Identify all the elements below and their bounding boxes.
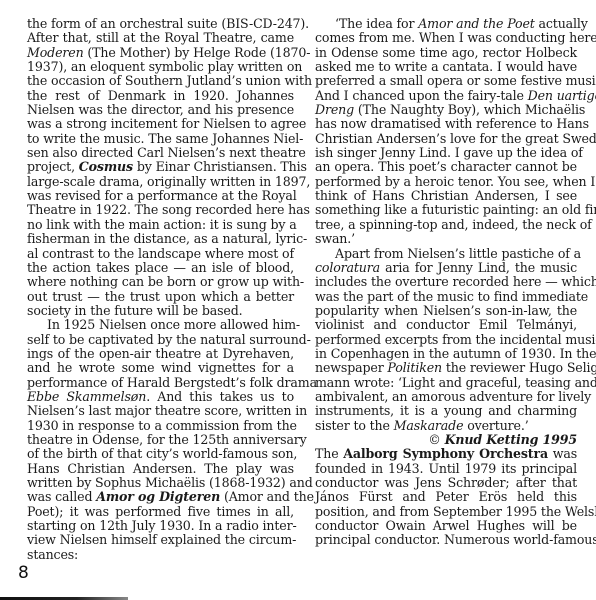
- text-line: and he wrote some wind vignettes for a: [27, 361, 294, 375]
- italic-title: Politiken: [387, 360, 442, 375]
- text-line: performed by a heroic tenor. You see, wh…: [315, 175, 577, 189]
- text-line: of the birth of that city’s world-famous…: [27, 447, 294, 461]
- italic-title: Maskarade: [394, 418, 464, 433]
- text-line: fisherman in the distance, as a natural,…: [27, 232, 294, 246]
- text-line: performed excerpts from the incidental m…: [315, 333, 577, 347]
- text-line: mann wrote: ‘Light and graceful, teasing…: [315, 376, 577, 390]
- text-line: something like a futuristic painting: an…: [315, 203, 577, 217]
- text-line: Apart from Nielsen’s little pastiche of …: [315, 247, 577, 261]
- text-line: sen also directed Carl Nielsen’s next th…: [27, 146, 294, 160]
- text-line: performance of Harald Bergstedt’s folk d…: [27, 376, 294, 390]
- text-line: starting on 12th July 1930. In a radio i…: [27, 519, 294, 533]
- left-text-column: the form of an orchestral suite (BIS-CD-…: [27, 17, 294, 562]
- text-line: out trust — the trust upon which a bette…: [27, 290, 294, 304]
- text-line: al contrast to the landscape where most …: [27, 247, 294, 261]
- text-line: has now dramatised with reference to Han…: [315, 117, 577, 131]
- italic-title: coloratura: [315, 260, 380, 275]
- text-line: written by Sophus Michaëlis (1868-1932) …: [27, 476, 294, 490]
- text-line: In 1925 Nielsen once more allowed him-: [27, 318, 294, 332]
- text-line: sister to the Maskarade overture.’: [315, 419, 577, 433]
- text-line: Nielsen’s last major theatre score, writ…: [27, 404, 294, 418]
- text-line: the action takes place — an isle of bloo…: [27, 261, 294, 275]
- text-line: in Copenhagen in the autumn of 1930. In …: [315, 347, 577, 361]
- text-line: project, Cosmus by Einar Christiansen. T…: [27, 160, 294, 174]
- text-line: theatre in Odense, for the 125th anniver…: [27, 433, 294, 447]
- right-text-column: ‘The idea for Amor and the Poet actually…: [315, 17, 577, 548]
- page-number: 8: [18, 563, 29, 583]
- text-line: popularity when Nielsen’s son-in-law, th…: [315, 304, 577, 318]
- text-line: © Knud Ketting 1995: [315, 433, 577, 447]
- italic-title: Amor and the Poet: [418, 16, 534, 31]
- text-line: was the part of the music to find immedi…: [315, 290, 577, 304]
- text-line: Moderen (The Mother) by Helge Rode (1870…: [27, 46, 294, 60]
- booklet-page: the form of an orchestral suite (BIS-CD-…: [0, 0, 596, 600]
- text-line: After that, still at the Royal Theatre, …: [27, 31, 294, 45]
- text-line: to write the music. The same Johannes Ni…: [27, 132, 294, 146]
- text-line: coloratura aria for Jenny Lind, the musi…: [315, 261, 577, 275]
- text-line: conductor was Jens Schrøder; after that: [315, 476, 577, 490]
- text-line: ambivalent, an amorous adventure for liv…: [315, 390, 577, 404]
- text-line: preferred a small opera or some festive …: [315, 74, 577, 88]
- text-line: was revised for a performance at the Roy…: [27, 189, 294, 203]
- text-line: And I chanced upon the fairy-tale Den ua…: [315, 89, 577, 103]
- text-line: swan.’: [315, 232, 577, 246]
- text-line: Hans Christian Andersen. The play was: [27, 462, 294, 476]
- text-line: an opera. This poet’s character cannot b…: [315, 160, 577, 174]
- text-line: 1930 in response to a commission from th…: [27, 419, 294, 433]
- text-line: think of Hans Christian Andersen, I see: [315, 189, 577, 203]
- text-line: was a strong incitement for Nielsen to a…: [27, 117, 294, 131]
- text-line: ish singer Jenny Lind. I gave up the ide…: [315, 146, 577, 160]
- text-line: where nothing can be born or grow up wit…: [27, 275, 294, 289]
- text-line: in Odense some time ago, rector Holbeck: [315, 46, 577, 60]
- text-line: position, and from September 1995 the We…: [315, 505, 577, 519]
- text-line: Ebbe Skammelsøn. And this takes us to: [27, 390, 294, 404]
- text-line: János Fürst and Peter Erös held this: [315, 490, 577, 504]
- text-line: Christian Andersen’s love for the great …: [315, 132, 577, 146]
- text-line: the occasion of Southern Jutland’s union…: [27, 74, 294, 88]
- text-line: founded in 1943. Until 1979 its principa…: [315, 462, 577, 476]
- text-line: ings of the open-air theatre at Dyrehave…: [27, 347, 294, 361]
- text-line: Nielsen was the director, and his presen…: [27, 103, 294, 117]
- bold-emphasis: Knud Ketting 1995: [445, 432, 577, 447]
- text-line: tree, a spinning-top and, indeed, the ne…: [315, 218, 577, 232]
- italic-title: Moderen: [27, 45, 84, 60]
- text-line: no link with the main action: it is sung…: [27, 218, 294, 232]
- text-line: The Aalborg Symphony Orchestra was: [315, 447, 577, 461]
- text-line: 1937), an eloquent symbolic play written…: [27, 60, 294, 74]
- text-line: society in the future will be based.: [27, 304, 294, 318]
- text-line: stances:: [27, 548, 294, 562]
- text-line: asked me to write a cantata. I would hav…: [315, 60, 577, 74]
- text-line: newspaper Politiken the reviewer Hugo Se…: [315, 361, 577, 375]
- bold-emphasis: Amor og Digteren: [96, 489, 220, 504]
- text-line: self to be captivated by the natural sur…: [27, 333, 294, 347]
- text-line: includes the overture recorded here — wh…: [315, 275, 577, 289]
- text-line: Theatre in 1922. The song recorded here …: [27, 203, 294, 217]
- text-line: instruments, it is a young and charming: [315, 404, 577, 418]
- italic-title: Dreng: [315, 102, 354, 117]
- text-line: the rest of Denmark in 1920. Johannes: [27, 89, 294, 103]
- text-line: Poet); it was performed five times in al…: [27, 505, 294, 519]
- italic-title: Ebbe Skammelsøn: [27, 389, 146, 404]
- italic-title: Den uartige: [528, 88, 596, 103]
- text-line: Dreng (The Naughty Boy), which Michaëlis: [315, 103, 577, 117]
- text-line: principal conductor. Numerous world-famo…: [315, 533, 577, 547]
- text-line: violinist and conductor Emil Telmányi,: [315, 318, 577, 332]
- text-line: conductor Owain Arwel Hughes will be: [315, 519, 577, 533]
- text-line: ‘The idea for Amor and the Poet actually: [315, 17, 577, 31]
- text-line: view Nielsen himself explained the circu…: [27, 533, 294, 547]
- text-line: comes from me. When I was conducting her…: [315, 31, 577, 45]
- text-line: large-scale drama, originally written in…: [27, 175, 294, 189]
- bold-emphasis: Cosmus: [79, 159, 133, 174]
- text-line: the form of an orchestral suite (BIS-CD-…: [27, 17, 294, 31]
- bold-emphasis: Aalborg Symphony Orchestra: [343, 446, 548, 461]
- text-line: was called Amor og Digteren (Amor and th…: [27, 490, 294, 504]
